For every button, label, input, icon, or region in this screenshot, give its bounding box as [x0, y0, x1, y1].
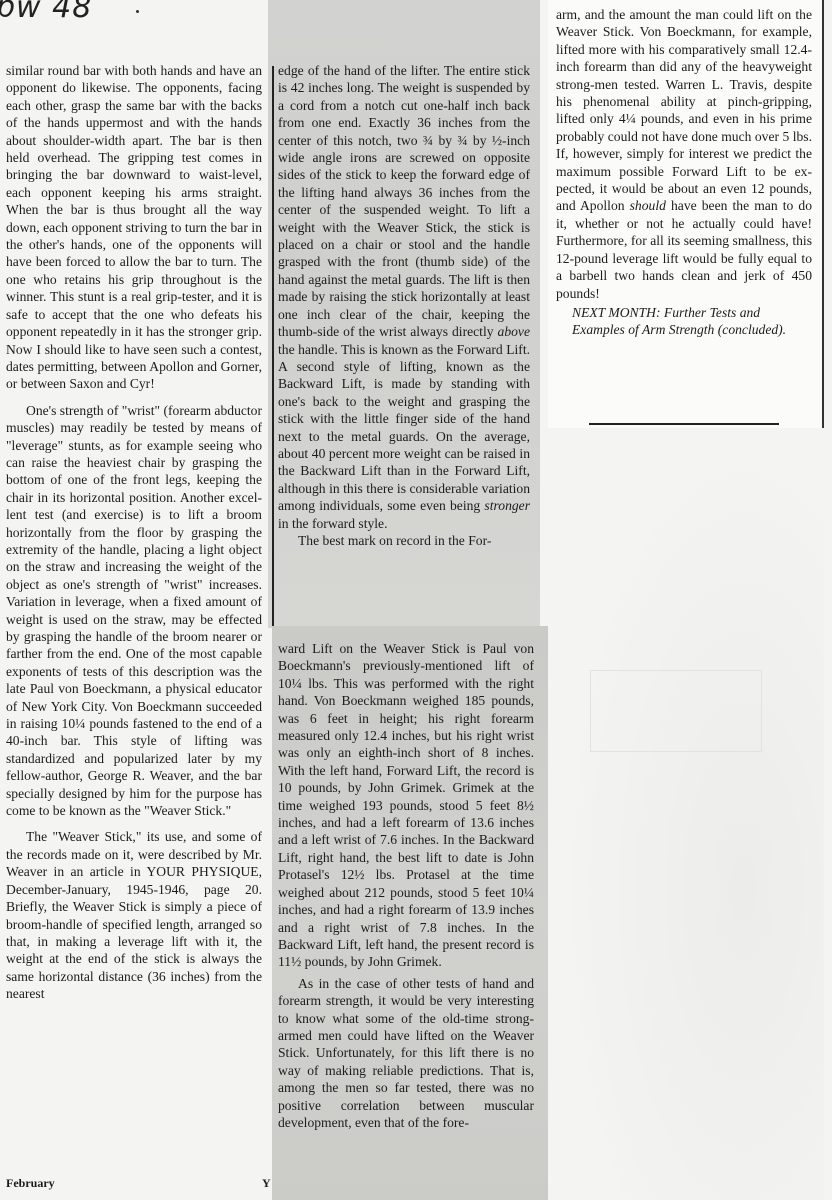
footer-marker: Y — [262, 1176, 271, 1191]
paragraph: The "Weaver Stick," its use, and some of… — [6, 828, 262, 1002]
bleed-through-box — [590, 670, 762, 752]
paragraph: As in the case of other tests of hand an… — [278, 975, 534, 1132]
stray-mark — [136, 10, 139, 13]
right-column-rule — [822, 0, 824, 428]
left-column: similar round bar with both hands and ha… — [6, 62, 262, 1003]
paragraph: edge of the hand of the lifter. The enti… — [278, 62, 530, 532]
next-month-teaser: NEXT MONTH: Further Tests and Examples o… — [572, 304, 812, 339]
article-end-rule — [589, 423, 779, 425]
paragraph: ward Lift on the Weaver Stick is Paul vo… — [278, 640, 534, 971]
middle-column-top: edge of the hand of the lifter. The enti… — [278, 62, 530, 549]
paragraph: arm, and the amount the man could lift o… — [556, 6, 812, 302]
handwritten-page-label: pw 48 — [0, 0, 92, 25]
paragraph: One's strength of "wrist" (forearm abduc… — [6, 402, 262, 820]
right-column: arm, and the amount the man could lift o… — [556, 6, 812, 339]
paragraph: similar round bar with both hands and ha… — [6, 62, 262, 393]
middle-column-bottom: ward Lift on the Weaver Stick is Paul vo… — [278, 640, 534, 1131]
middle-column-rule — [272, 66, 274, 626]
footer-month: February — [6, 1176, 55, 1191]
reverse-page-bleed-through — [556, 428, 824, 1200]
paragraph-start: The best mark on record in the For- — [278, 532, 530, 549]
